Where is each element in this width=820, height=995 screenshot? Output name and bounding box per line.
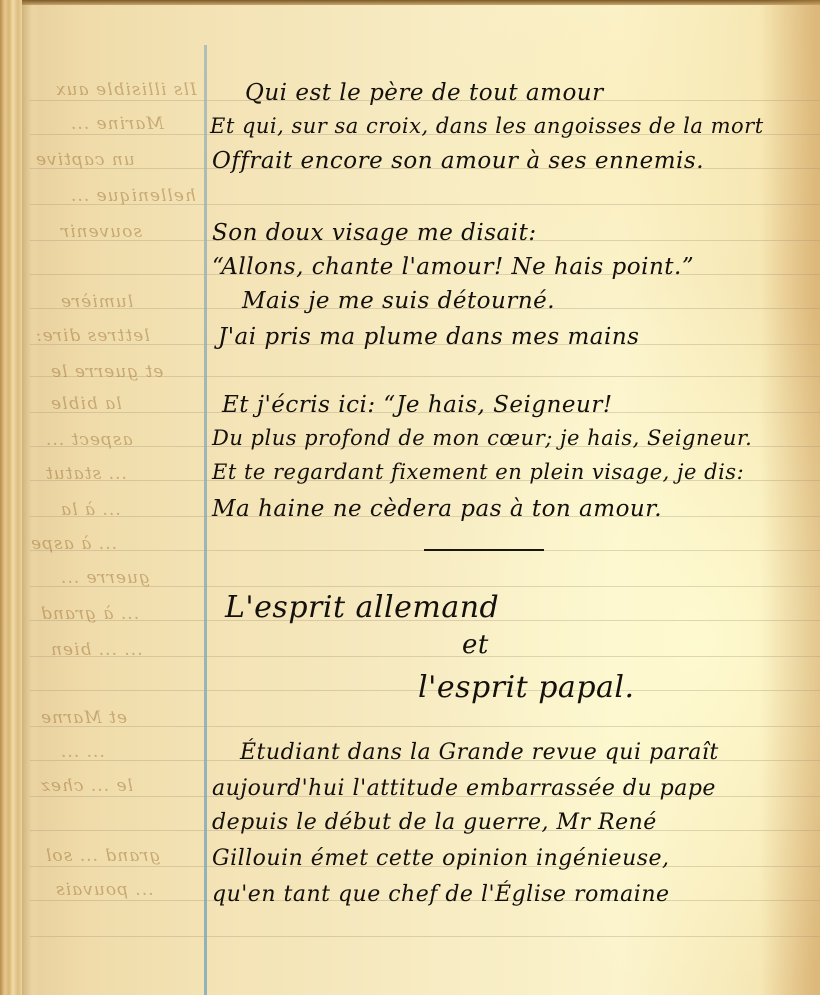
ruled-line <box>30 656 820 657</box>
paragraph-line: aujourd'hui l'attitude embarrassée du pa… <box>212 776 716 801</box>
paragraph-line: depuis le début de la guerre, Mr René <box>212 810 657 835</box>
ruled-line <box>30 726 820 727</box>
poem-line: Et qui, sur sa croix, dans les angoisses… <box>210 114 764 138</box>
paragraph-line: qu'en tant que chef de l'Église romaine <box>212 882 670 907</box>
poem-line: Et te regardant fixement en plein visage… <box>212 460 744 484</box>
title-line-1: L'esprit allemand <box>225 590 499 625</box>
bleed-through-text: et guerre le <box>50 362 163 382</box>
bleed-through-text: un captive <box>35 150 135 170</box>
bleed-through-text: ... ... <box>60 742 105 762</box>
book-binding <box>0 0 22 995</box>
bleed-through-text: lettres dire: <box>35 326 150 346</box>
page-edge-shadow <box>760 0 820 995</box>
ruled-line <box>30 936 820 937</box>
bleed-through-text: ... pouvais <box>55 880 154 900</box>
margin-line <box>204 45 207 995</box>
bleed-through-text: ... statut <box>45 464 127 484</box>
bleed-through-text: ... ... bien <box>50 640 143 660</box>
poem-line: Mais je me suis détourné. <box>242 288 555 314</box>
paragraph-line: Gillouin émet cette opinion ingénieuse, <box>212 846 670 871</box>
bleed-through-text: lumière <box>60 292 133 312</box>
poem-line: Son doux visage me disait: <box>212 220 537 246</box>
poem-line: Et j'écris ici: “Je hais, Seigneur! <box>222 392 613 418</box>
title-line-3: l'esprit papal. <box>418 670 635 705</box>
paragraph-line: Étudiant dans la Grande revue qui paraît <box>240 740 719 765</box>
notebook-page: Ils illisible aux Marine ... un captive … <box>0 0 820 995</box>
bleed-through-text: hellenique ... <box>70 186 196 206</box>
bleed-through-text: ... à grand <box>40 604 139 624</box>
bleed-through-text: guerre ... <box>60 568 150 588</box>
title-line-2: et <box>462 630 489 660</box>
binding-shadow <box>22 0 32 995</box>
section-separator <box>424 549 544 551</box>
poem-line: Offrait encore son amour à ses ennemis. <box>212 148 704 174</box>
poem-line: “Allons, chante l'amour! Ne hais point.” <box>212 254 694 280</box>
bleed-through-text: Marine ... <box>70 114 164 134</box>
poem-line: J'ai pris ma plume dans mes mains <box>218 324 639 350</box>
bleed-through-text: et Marne <box>40 708 127 728</box>
bleed-through-text: ... à aspe <box>30 534 117 554</box>
bleed-through-text: le ... chez <box>40 776 133 796</box>
bleed-through-text: aspect ... <box>45 430 133 450</box>
poem-line: Qui est le père de tout amour <box>245 80 604 106</box>
bleed-through-text: ... à la <box>60 500 121 520</box>
bleed-through-text: Ils illisible aux <box>55 80 197 100</box>
page-top-edge <box>0 0 820 5</box>
bleed-through-text: souvenir <box>60 222 142 242</box>
bleed-through-text: grand ... sol <box>45 846 160 866</box>
poem-line: Ma haine ne cèdera pas à ton amour. <box>212 496 662 522</box>
poem-line: Du plus profond de mon cœur; je hais, Se… <box>212 426 752 450</box>
bleed-through-text: la bible <box>50 394 122 414</box>
